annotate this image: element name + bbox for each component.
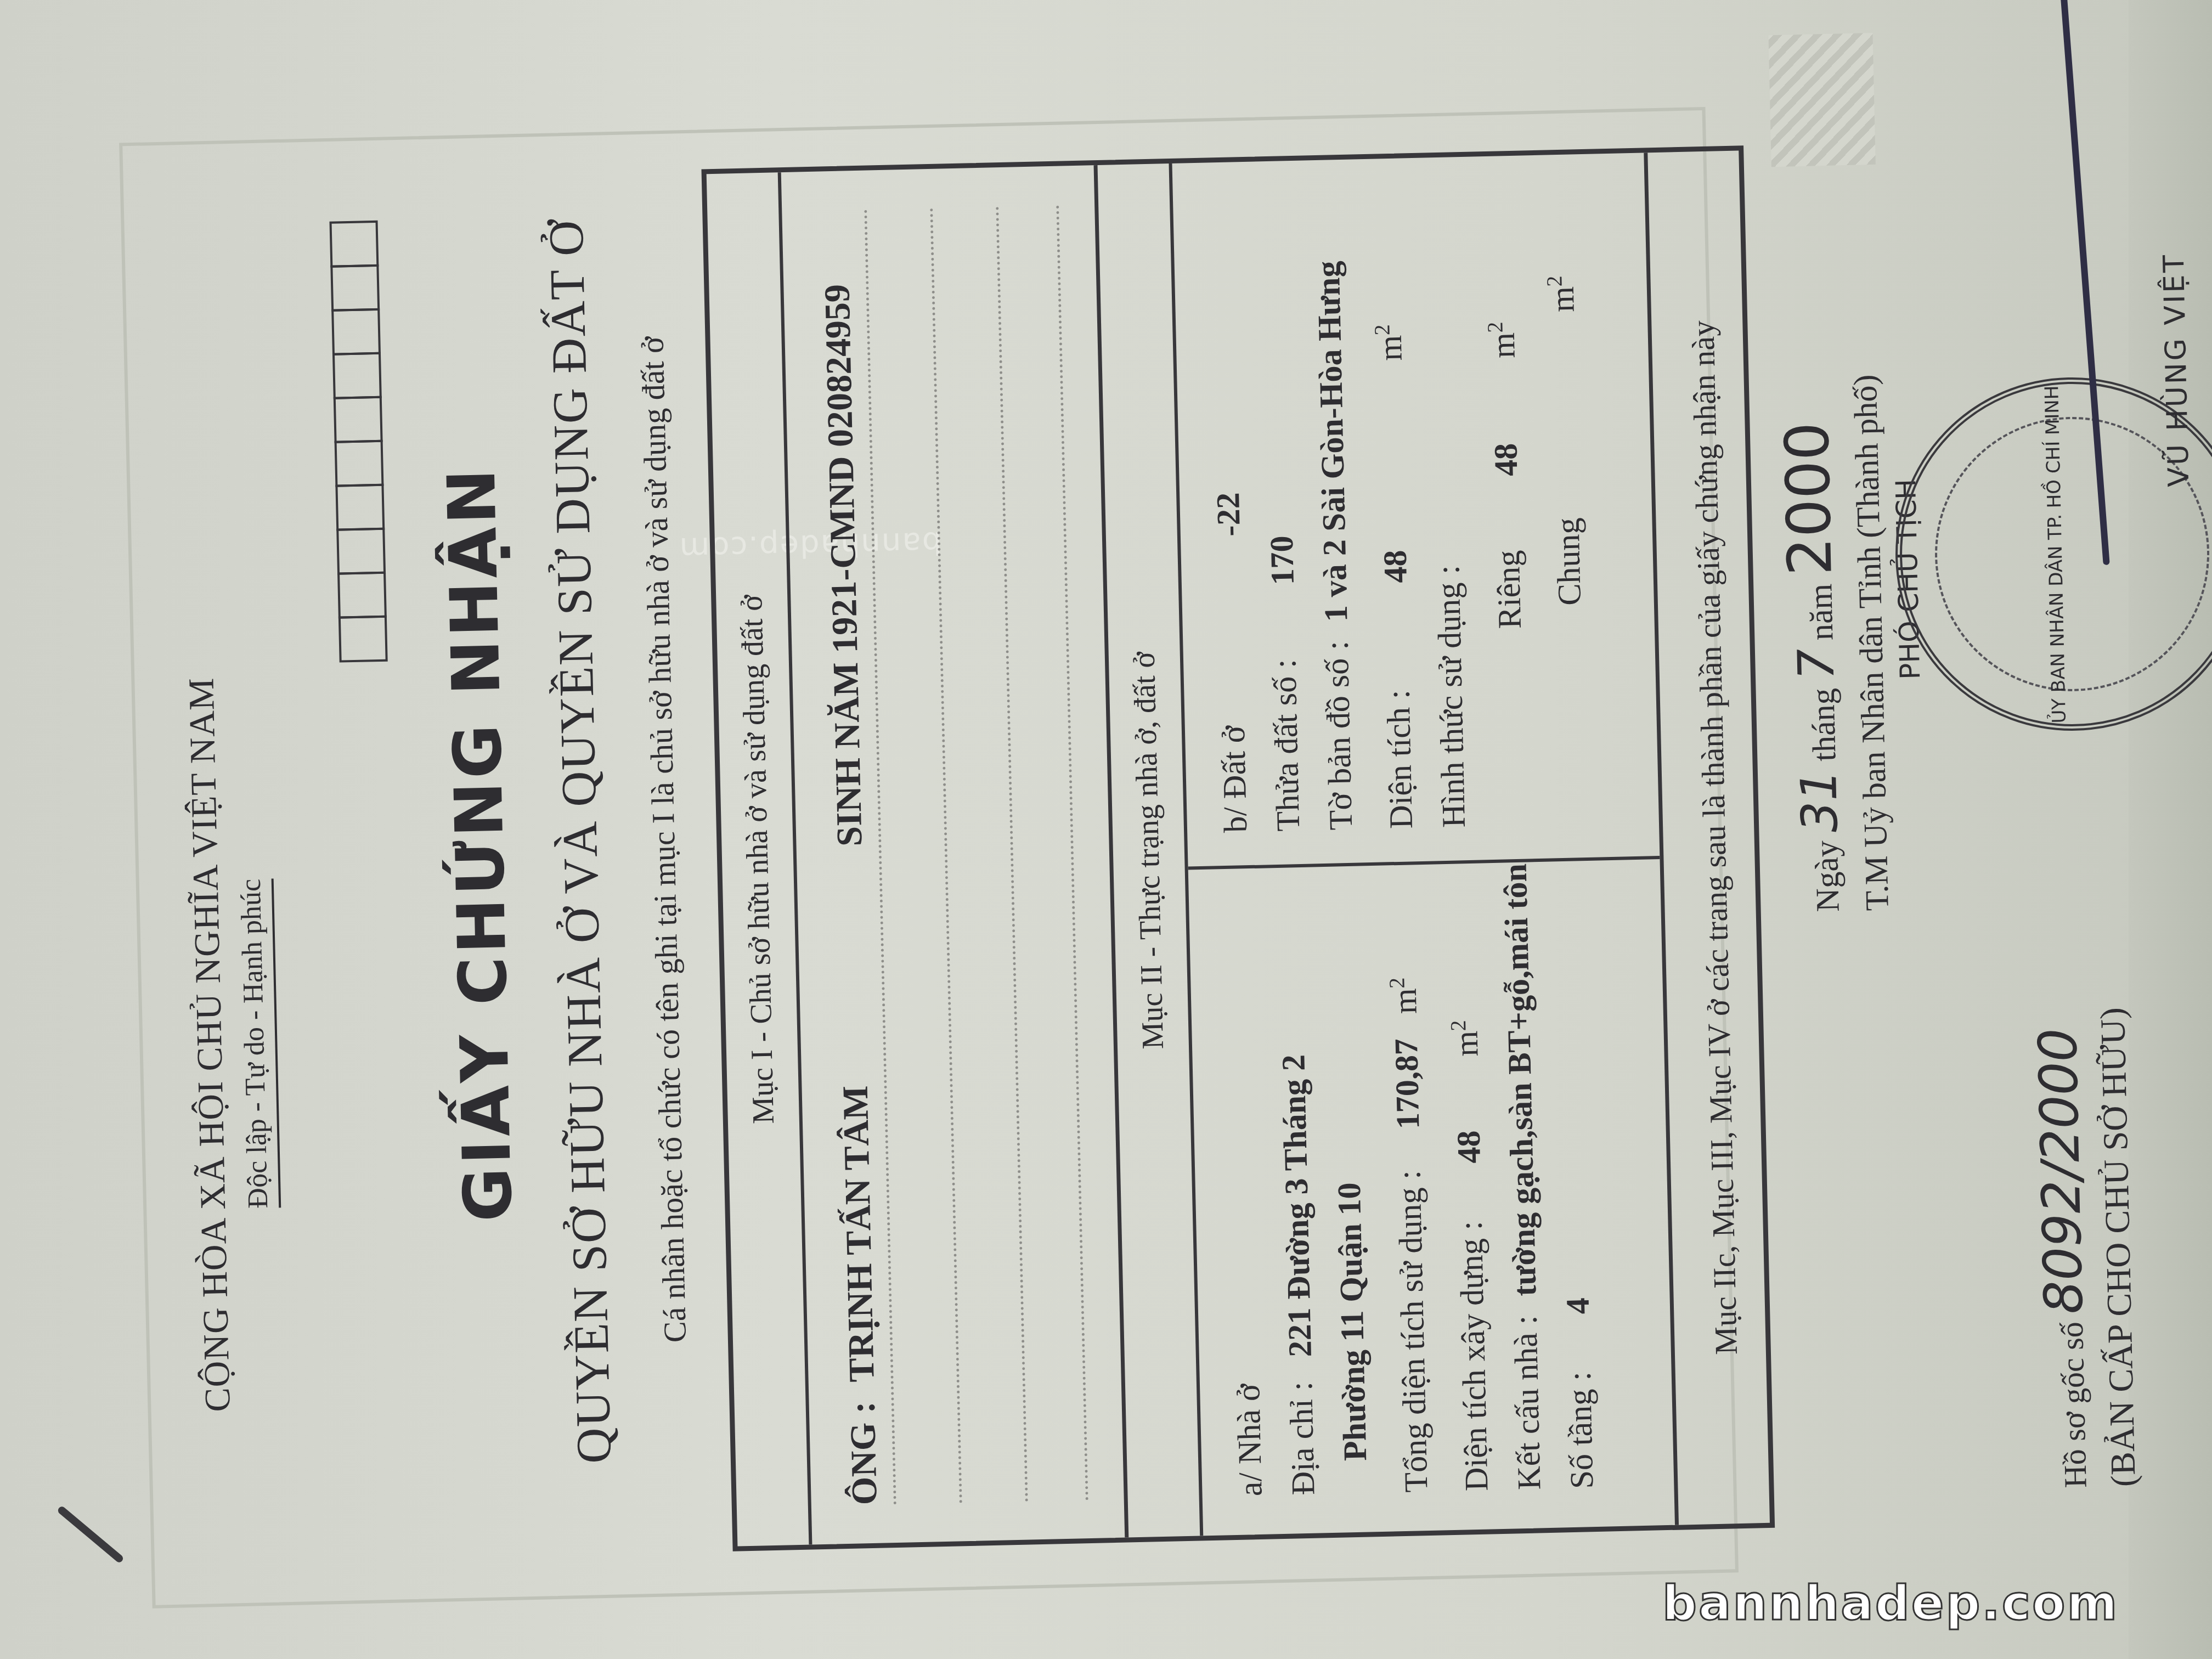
owner-line: ÔNG : TRỊNH TẤN TÂM SINH NĂM 1921-CMND 0…	[816, 284, 885, 1505]
signer-name: VŨ HÙNG VIỆT	[2158, 252, 2196, 487]
total-area-value: 170,87	[1388, 1038, 1426, 1129]
address-line1: 221 Đường 3 Tháng 2	[1275, 1054, 1318, 1357]
issue-date: Ngày 31 tháng 7 năm 2000	[1764, 89, 1853, 913]
motto: Độc lập - Tự do - Hạnh phúc	[235, 878, 281, 1209]
serial-box	[335, 440, 384, 487]
serial-box	[338, 616, 388, 663]
land-heading: b/ Đất ở	[1215, 725, 1254, 833]
copy-note: (BẢN CẤP CHO CHỦ SỞ HỮU)	[2092, 1007, 2144, 1487]
owner-label: ÔNG :	[843, 1401, 885, 1505]
plot-suffix: -22	[1210, 492, 1247, 537]
serial-box	[336, 528, 386, 575]
serial-box	[334, 396, 383, 443]
built-area-label: Diện tích xây dựng :	[1452, 1221, 1494, 1492]
land-area-label: Diện tích :	[1380, 690, 1419, 830]
certificate-document: CỘNG HÒA XÃ HỘI CHỦ NGHĨA VIỆT NAM Độc l…	[52, 16, 2160, 1643]
address-line2: Phường 11 Quận 10	[1331, 1182, 1374, 1462]
serial-box	[329, 221, 379, 268]
archive-number: Hồ sơ gốc số 8092/2000	[2027, 1028, 2099, 1489]
house-column: a/ Nhà ở Địa chỉ : 221 Đường 3 Tháng 2 P…	[1188, 856, 1675, 1536]
month-handwritten: 7	[1787, 648, 1846, 681]
address-label: Địa chỉ :	[1283, 1381, 1322, 1496]
structure-value: tường gạch,sàn BT+gỗ,mái tôn	[1497, 864, 1543, 1297]
shared-label: Chung	[1549, 517, 1588, 606]
dotted-line	[1056, 205, 1088, 1500]
land-area-value: 48	[1377, 550, 1414, 583]
private-label: Riêng	[1490, 550, 1528, 629]
plot-label: Thửa đất số :	[1266, 659, 1306, 832]
status-grid: a/ Nhà ở Địa chỉ : 221 Đường 3 Tháng 2 P…	[1172, 153, 1679, 1536]
unit-m2: m2	[1372, 324, 1408, 361]
owner-name: TRỊNH TẤN TÂM	[835, 1085, 882, 1383]
total-area-label: Tổng diện tích sử dụng :	[1391, 1170, 1434, 1493]
map-sheet-value: 1 và 2 Sài Gòn-Hòa Hưng	[1310, 261, 1355, 622]
plot-number: 170	[1263, 535, 1301, 585]
serial-box	[330, 264, 380, 312]
map-sheet-label: Tờ bản đồ số :	[1318, 641, 1359, 831]
floors-value: 4	[1560, 1297, 1596, 1314]
serial-box	[337, 572, 387, 619]
built-area-value: 48	[1451, 1130, 1487, 1164]
unit-m2: m2	[1448, 1019, 1485, 1057]
serial-box	[331, 308, 381, 356]
day-handwritten: 31	[1790, 769, 1849, 833]
serial-box	[335, 484, 385, 531]
watermark: bannhadep.com	[1662, 1575, 2119, 1631]
unit-m2: m2	[1544, 275, 1581, 312]
structure-label: Kết cấu nhà :	[1507, 1315, 1547, 1491]
unit-m2: m2	[1485, 321, 1521, 359]
dotted-line	[930, 207, 962, 1503]
owner-details: SINH NĂM 1921-CMND 020824959	[817, 284, 870, 847]
floors-label: Số tầng :	[1561, 1372, 1600, 1489]
archive-number-handwritten: 8092/2000	[2027, 1028, 2095, 1314]
dotted-line	[996, 206, 1028, 1502]
shared-area	[1548, 443, 1584, 444]
certificate-table: Mục I - Chủ sở hữu nhà ở và sử dụng đất …	[702, 145, 1775, 1551]
private-area: 48	[1487, 443, 1524, 476]
owner-block: ÔNG : TRỊNH TẤN TÂM SINH NĂM 1921-CMND 0…	[781, 165, 1129, 1544]
land-column: b/ Đất ở -22 Thửa đất số : 170 Tờ bản đồ…	[1172, 153, 1660, 866]
year: 2000	[1771, 421, 1845, 577]
serial-box	[332, 352, 382, 399]
unit-m2: m2	[1386, 977, 1423, 1014]
serial-number-boxes	[329, 221, 387, 661]
